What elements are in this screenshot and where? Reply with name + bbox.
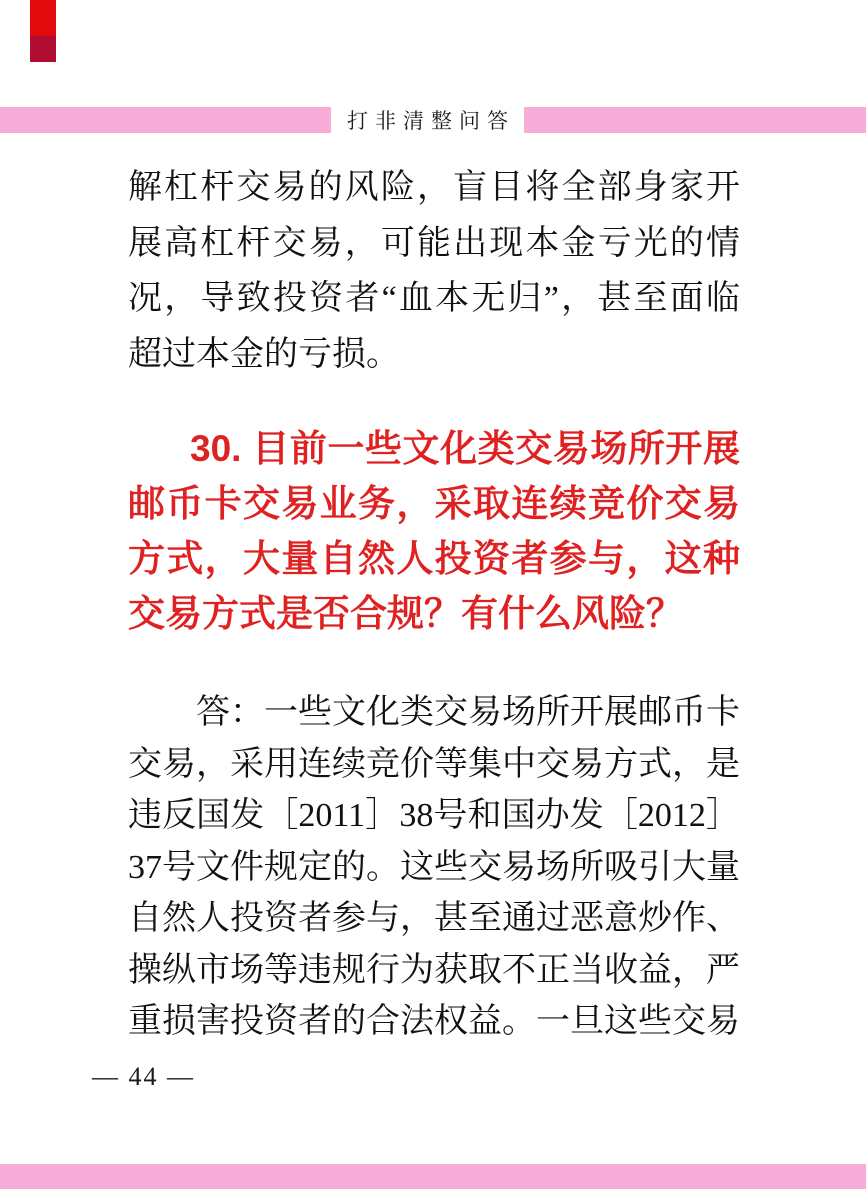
answer-line: 答：一些文化类交易场所开展邮币卡 [128,687,740,739]
question-line: 邮币卡交易业务，采取连续竞价交易 [128,476,740,531]
body-line: 展高杠杆交易，可能出现本金亏光的情 [128,216,740,272]
question-line: 方式，大量自然人投资者参与，这种 [128,531,740,586]
page-title: 打非清整问答 [340,105,515,135]
body-line: 况，导致投资者“血本无归”，甚至面临 [128,271,740,327]
answer-line: 违反国发［2011］38号和国办发［2012］ [128,790,740,842]
answer-line: 重损害投资者的合法权益。一旦这些交易 [128,996,740,1048]
answer-line: 37号文件规定的。这些交易场所吸引大量 [128,842,740,894]
body-paragraph: 解杠杆交易的风险，盲目将全部身家开 展高杠杆交易，可能出现本金亏光的情 况，导致… [128,160,740,382]
book-page: { "header": { "title": "打非清整问答" }, "para… [0,0,866,1189]
question-line: 30. 目前一些文化类交易场所开展 [128,421,740,476]
question-heading: 30. 目前一些文化类交易场所开展 邮币卡交易业务，采取连续竞价交易 方式，大量… [128,421,740,641]
body-line: 解杠杆交易的风险，盲目将全部身家开 [128,160,740,216]
answer-line: 操纵市场等违规行为获取不正当收益，严 [128,945,740,997]
red-corner-mark [30,0,56,62]
answer-line: 交易，采用连续竞价等集中交易方式，是 [128,739,740,791]
header-title-box: 打非清整问答 [331,96,524,144]
page-number: — 44 — [92,1062,195,1092]
body-line: 超过本金的亏损。 [128,327,740,383]
answer-paragraph: 答：一些文化类交易场所开展邮币卡 交易，采用连续竞价等集中交易方式，是 违反国发… [128,687,740,1048]
answer-line: 自然人投资者参与，甚至通过恶意炒作、 [128,893,740,945]
question-line: 交易方式是否合规？有什么风险？ [128,586,740,641]
footer-band [0,1164,866,1189]
